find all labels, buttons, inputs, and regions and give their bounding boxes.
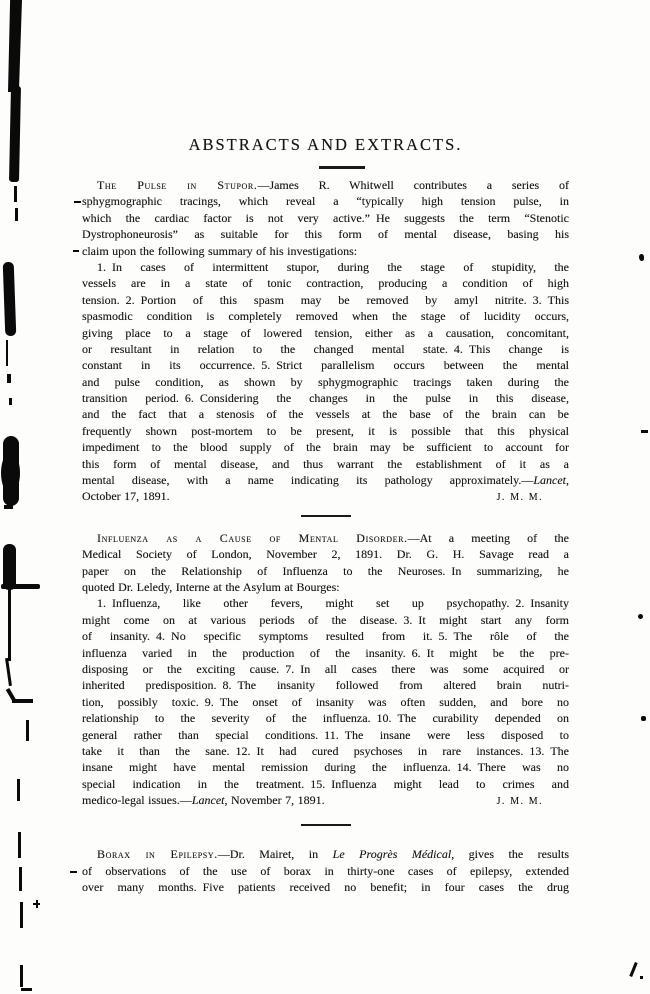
text-line: disposing or the exciting cause. 7. In a…	[82, 661, 569, 677]
journal-title: Lancet	[533, 473, 566, 487]
binding-mark	[6, 340, 8, 366]
binding-mark	[19, 867, 22, 891]
text-line: October 17, 1891.J. M. M.	[82, 488, 569, 504]
text-run: Dystrophoneurosis” as suitable for this …	[82, 227, 569, 241]
text-line: inherited predisposition. 8. The insanit…	[82, 677, 569, 693]
ink-speck	[641, 430, 648, 433]
text-run: , gives the results	[451, 847, 569, 861]
text-line: giving place to a stage of lowered tensi…	[82, 325, 569, 341]
text-run: 1. In cases of intermittent stupor, duri…	[97, 260, 569, 274]
text-run: October 17, 1891.	[82, 489, 170, 503]
text-run: constant in its occurrence. 5. Strict pa…	[82, 358, 569, 372]
text-line: impediment to the blood supply of the br…	[82, 439, 569, 455]
binding-mark	[1, 452, 20, 494]
text-line: over many months. Five patients received…	[82, 879, 569, 895]
ink-speck	[638, 614, 643, 619]
text-line: 1. In cases of intermittent stupor, duri…	[82, 259, 569, 275]
text-run: special indication in the treatment. 15.…	[82, 777, 569, 791]
scanned-journal-page: ABSTRACTS AND EXTRACTS. The Pulse in Stu…	[0, 0, 650, 994]
binding-mark	[12, 699, 33, 703]
ink-speck	[639, 254, 644, 261]
text-line: Medical Society of London, November 2, 1…	[82, 546, 569, 562]
text-run: impediment to the blood supply of the br…	[82, 440, 569, 454]
text-line: frequently shown post-mortem to be prese…	[82, 423, 569, 439]
binding-mark	[14, 186, 17, 202]
text-line: Dystrophoneurosis” as suitable for this …	[82, 226, 569, 242]
text-run: quoted Dr. Leledy, Interne at the Asylum…	[82, 580, 340, 594]
text-run: tension. 2. Portion of this spasm may be…	[82, 293, 569, 307]
text-run: claim upon the following summary of his …	[82, 244, 357, 258]
binding-mark	[18, 832, 21, 858]
text-line: medico-legal issues.—Lancet, November 7,…	[82, 792, 569, 808]
text-run: influenza varied in the production of th…	[82, 646, 569, 660]
binding-mark	[3, 262, 17, 336]
margin-dash-artifact	[73, 250, 79, 252]
text-run: disposing or the exciting cause. 7. In a…	[82, 662, 569, 676]
sections-container: The Pulse in Stupor.—James R. Whitwell c…	[82, 177, 569, 896]
ink-speck	[640, 976, 643, 979]
text-line: might come on at various periods of the …	[82, 612, 569, 628]
text-run: inherited predisposition. 8. The insanit…	[82, 678, 569, 692]
binding-mark	[9, 398, 12, 405]
section-influenza-mental-disorder: Influenza as a Cause of Mental Disorder.…	[82, 530, 569, 809]
text-line: transition period. 6. Considering the ch…	[82, 390, 569, 406]
section-divider	[301, 515, 351, 517]
title-rule	[319, 166, 365, 169]
margin-dash-artifact	[70, 871, 77, 873]
text-line: insane might have mental remission durin…	[82, 759, 569, 775]
section-divider	[301, 824, 351, 826]
entry-heading: Influenza as a Cause of Mental Disorder.	[97, 531, 408, 545]
text-run: and the fact that a stenosis of the vess…	[82, 407, 569, 421]
text-line: The Pulse in Stupor.—James R. Whitwell c…	[82, 177, 569, 193]
text-line: paper on the Relationship of Influenza t…	[82, 563, 569, 579]
text-line: relationship to the severity of the infl…	[82, 710, 569, 726]
text-line: or resultant in relation to the changed …	[82, 341, 569, 357]
text-line: take it than the sane. 12. It had cured …	[82, 743, 569, 759]
text-run: or resultant in relation to the changed …	[82, 342, 569, 356]
pen-mark	[629, 962, 637, 977]
text-line: tension. 2. Portion of this spasm may be…	[82, 292, 569, 308]
binding-mark	[4, 505, 13, 509]
text-line: influenza varied in the production of th…	[82, 645, 569, 661]
text-run: take it than the sane. 12. It had cured …	[82, 744, 569, 758]
text-run: paper on the Relationship of Influenza t…	[82, 564, 569, 578]
text-run: —At a meeting of the	[408, 531, 569, 545]
text-line: mental disease, with a name indicating i…	[82, 472, 569, 488]
text-line: constant in its occurrence. 5. Strict pa…	[82, 357, 569, 373]
text-run: mental disease, with a name indicating i…	[82, 473, 533, 487]
text-run: ,	[566, 473, 569, 487]
journal-title: Lancet	[192, 793, 225, 807]
text-run: which the cardiac factor is not very act…	[82, 211, 569, 225]
binding-mark	[8, 0, 22, 92]
text-line: of insanity. 4. No specific symptoms res…	[82, 628, 569, 644]
binding-mark	[20, 965, 23, 987]
binding-mark	[9, 86, 21, 182]
text-run: over many months. Five patients received…	[82, 880, 569, 894]
text-line: spasmodic condition is completely remove…	[82, 308, 569, 324]
binding-mark	[21, 988, 32, 991]
text-line: Borax in Epilepsy.—Dr. Mairet, in Le Pro…	[82, 846, 569, 862]
entry-heading: The Pulse in Stupor.	[97, 178, 257, 192]
text-run: giving place to a stage of lowered tensi…	[82, 326, 569, 340]
text-run: this form of mental disease, and thus wa…	[82, 457, 569, 471]
text-line: this form of mental disease, and thus wa…	[82, 456, 569, 472]
binding-mark	[1, 584, 40, 589]
text-run: of insanity. 4. No specific symptoms res…	[82, 629, 569, 643]
binding-mark	[20, 902, 23, 928]
text-line: which the cardiac factor is not very act…	[82, 210, 569, 226]
binding-mark	[7, 374, 11, 383]
contributor-initials: J. M. M.	[497, 794, 543, 808]
text-run: vessels are in a state of tonic contract…	[82, 276, 569, 290]
text-line: tion, possibly toxic. 9. The onset of in…	[82, 694, 569, 710]
text-run: might come on at various periods of the …	[82, 613, 569, 627]
text-run: transition period. 6. Considering the ch…	[82, 391, 569, 405]
text-run: —Dr. Mairet, in	[218, 847, 333, 861]
text-line: vessels are in a state of tonic contract…	[82, 275, 569, 291]
contributor-initials: J. M. M.	[497, 490, 543, 504]
page-title: ABSTRACTS AND EXTRACTS.	[82, 134, 569, 156]
text-run: sphygmographic tracings, which reveal a …	[82, 194, 569, 208]
text-line: general rather than special conditions. …	[82, 727, 569, 743]
text-line: sphygmographic tracings, which reveal a …	[82, 193, 569, 209]
text-line: and pulse condition, as shown by sphygmo…	[82, 374, 569, 390]
text-line: and the fact that a stenosis of the vess…	[82, 406, 569, 422]
entry-heading: Borax in Epilepsy.	[97, 847, 218, 861]
text-run: general rather than special conditions. …	[82, 728, 569, 742]
section-borax-in-epilepsy: Borax in Epilepsy.—Dr. Mairet, in Le Pro…	[82, 846, 569, 895]
text-line: quoted Dr. Leledy, Interne at the Asylum…	[82, 579, 569, 595]
binding-mark	[8, 589, 11, 661]
text-line: special indication in the treatment. 15.…	[82, 776, 569, 792]
binding-mark	[17, 779, 20, 801]
text-run: relationship to the severity of the infl…	[82, 711, 569, 725]
section-pulse-in-stupor: The Pulse in Stupor.—James R. Whitwell c…	[82, 177, 569, 505]
ink-speck	[641, 716, 646, 721]
journal-title: Le Progrès Médical	[333, 847, 452, 861]
binding-mark	[5, 658, 12, 686]
text-column: ABSTRACTS AND EXTRACTS. The Pulse in Stu…	[82, 134, 569, 896]
text-line: Influenza as a Cause of Mental Disorder.…	[82, 530, 569, 546]
text-run: , November 7, 1891.	[224, 793, 324, 807]
binding-mark	[26, 720, 29, 741]
text-line: claim upon the following summary of his …	[82, 243, 569, 259]
text-run: tion, possibly toxic. 9. The onset of in…	[82, 695, 569, 709]
text-run: 1. Influenza, like other fevers, might s…	[97, 596, 569, 610]
text-run: Medical Society of London, November 2, 1…	[82, 547, 569, 561]
text-run: medico-legal issues.—	[82, 793, 192, 807]
text-run: —James R. Whitwell contributes a series …	[257, 178, 569, 192]
text-run: of observations of the use of borax in t…	[82, 864, 569, 878]
pen-mark	[36, 900, 38, 908]
text-line: of observations of the use of borax in t…	[82, 863, 569, 879]
text-run: and pulse condition, as shown by sphygmo…	[82, 375, 569, 389]
margin-dash-artifact	[74, 201, 81, 203]
text-line: 1. Influenza, like other fevers, might s…	[82, 595, 569, 611]
text-run: spasmodic condition is completely remove…	[82, 309, 569, 323]
binding-mark	[15, 208, 18, 221]
text-run: insane might have mental remission durin…	[82, 760, 569, 774]
text-run: frequently shown post-mortem to be prese…	[82, 424, 569, 438]
